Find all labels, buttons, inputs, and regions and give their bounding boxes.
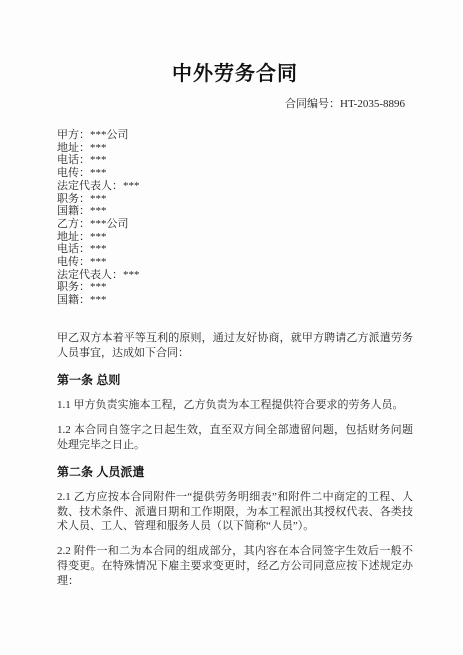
- contract-number: 合同编号：HT-2035-8896: [57, 96, 413, 112]
- party-a-nationality-line: 国籍：***: [57, 205, 413, 218]
- parties-info: 甲方：***公司 地址：*** 电话：*** 电传：*** 法定代表人：*** …: [57, 129, 413, 307]
- clause-2-1: 2.1 乙方应按本合同附件一“提供劳务明细表”和附件二中商定的工程、人数、技术条…: [57, 490, 413, 534]
- party-a-phone-line: 电话：***: [57, 154, 413, 167]
- party-a-position-line: 职务：***: [57, 193, 413, 206]
- document-page: 中外劳务合同 合同编号：HT-2035-8896 甲方：***公司 地址：***…: [0, 0, 463, 655]
- party-b-legal-rep-line: 法定代表人：***: [57, 269, 413, 282]
- party-b-nationality-line: 国籍：***: [57, 294, 413, 307]
- section-1-heading: 第一条 总则: [57, 373, 413, 388]
- party-a-legal-rep-line: 法定代表人：***: [57, 180, 413, 193]
- party-a-address-line: 地址：***: [57, 142, 413, 155]
- clause-1-2: 1.2 本合同自签字之日起生效，直至双方间全部遗留问题，包括财务问题处理完毕之日…: [57, 423, 413, 453]
- party-b-phone-line: 电话：***: [57, 243, 413, 256]
- section-2-heading: 第二条 人员派遣: [57, 465, 413, 480]
- party-a-telex-line: 电传：***: [57, 167, 413, 180]
- clause-2-2: 2.2 附件一和二为本合同的组成部分，其内容在本合同签字生效后一般不得变更。在特…: [57, 544, 413, 588]
- party-b-telex-line: 电传：***: [57, 256, 413, 269]
- party-a-block: 甲方：***公司 地址：*** 电话：*** 电传：*** 法定代表人：*** …: [57, 129, 413, 218]
- party-a-name-line: 甲方：***公司: [57, 129, 413, 142]
- clause-1-1: 1.1 甲方负责实施本工程，乙方负责为本工程提供符合要求的劳务人员。: [57, 398, 413, 413]
- preamble-paragraph: 甲乙双方本着平等互利的原则，通过友好协商，就甲方聘请乙方派遣劳务人员事宜，达成如…: [57, 331, 413, 361]
- document-title: 中外劳务合同: [57, 60, 413, 88]
- party-b-position-line: 职务：***: [57, 281, 413, 294]
- party-b-block: 乙方：***公司 地址：*** 电话：*** 电传：*** 法定代表人：*** …: [57, 218, 413, 307]
- party-b-address-line: 地址：***: [57, 231, 413, 244]
- party-b-name-line: 乙方：***公司: [57, 218, 413, 231]
